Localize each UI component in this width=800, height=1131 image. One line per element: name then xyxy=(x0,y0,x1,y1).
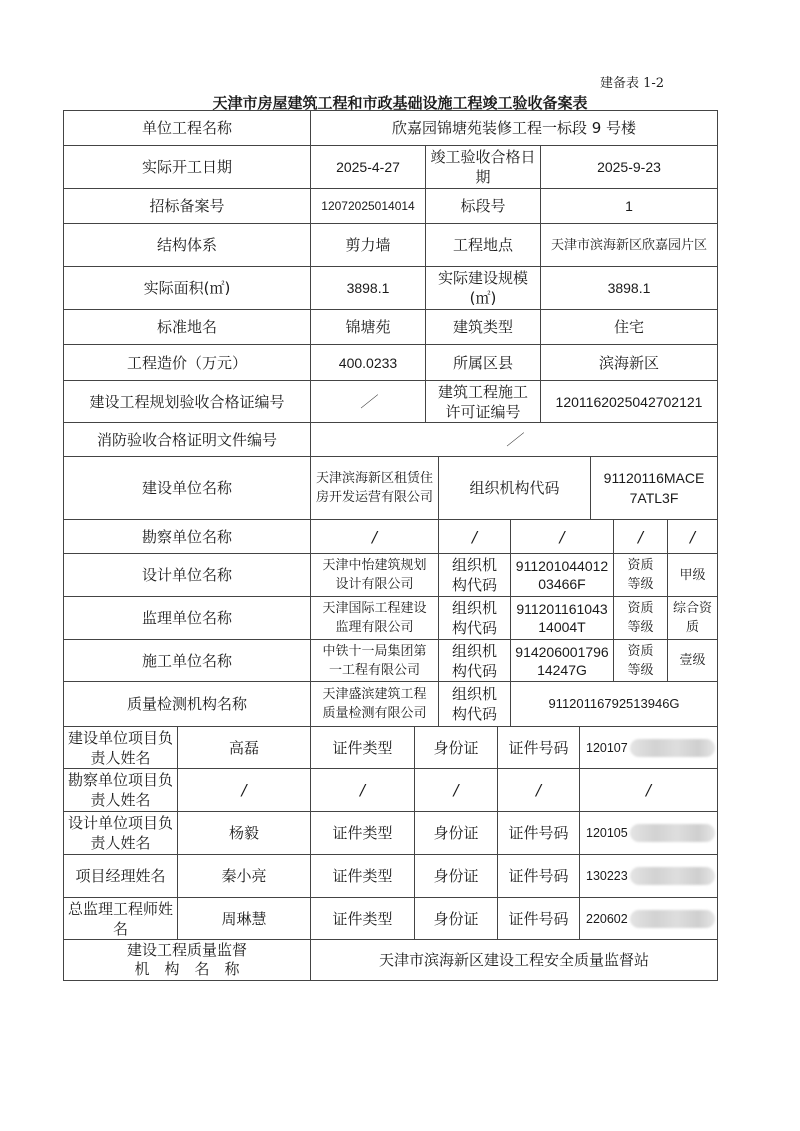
supervision-agency-label: 建设工程质量监督 机 构 名 称 xyxy=(63,939,311,981)
supervision-label: 监理单位名称 xyxy=(63,596,311,640)
survey-name: / xyxy=(310,519,439,554)
fire-cert-label: 消防验收合格证明文件编号 xyxy=(63,422,311,457)
location-value: 天津市滨海新区欣嘉园片区 xyxy=(540,223,718,267)
design-qualification: 甲级 xyxy=(667,553,718,597)
survey-qualification-label: / xyxy=(613,519,668,554)
construction-permit-value: 1201162025042702121 xyxy=(540,380,718,423)
person-role-label: 勘察单位项目负责人姓名 xyxy=(63,768,178,812)
planning-cert-label: 建设工程规划验收合格证编号 xyxy=(63,380,311,423)
supervision-qualification: 综合资质 xyxy=(667,596,718,640)
person-role-label: 项目经理姓名 xyxy=(63,854,178,898)
builder-org-code: 91120116MACE7ATL3F xyxy=(590,456,718,520)
design-label: 设计单位名称 xyxy=(63,553,311,597)
supervision-qualification-label: 资质等级 xyxy=(613,596,668,640)
actual-area-label: 实际面积(㎡) xyxy=(63,266,311,310)
id-type-label: 证件类型 xyxy=(310,726,415,769)
supervision-org-code-label: 组织机构代码 xyxy=(438,596,511,640)
supervision-agency-name: 天津市滨海新区建设工程安全质量监督站 xyxy=(310,939,718,981)
id-no-prefix: 130223 xyxy=(586,866,628,886)
id-type-label: 证件类型 xyxy=(310,811,415,855)
person-name: 高磊 xyxy=(177,726,311,769)
id-no-value: 220602 xyxy=(579,897,718,940)
structure-label: 结构体系 xyxy=(63,223,311,267)
builder-label: 建设单位名称 xyxy=(63,456,311,520)
redacted-blur xyxy=(630,824,715,842)
design-org-code-label: 组织机构代码 xyxy=(438,553,511,597)
design-qualification-label: 资质等级 xyxy=(613,553,668,597)
construction-permit-label: 建筑工程施工许可证编号 xyxy=(425,380,541,423)
redacted-blur xyxy=(630,739,715,757)
testing-label: 质量检测机构名称 xyxy=(63,681,311,727)
id-no-label: 证件号码 xyxy=(497,854,580,898)
standard-name-value: 锦塘苑 xyxy=(310,309,426,345)
structure-value: 剪力墙 xyxy=(310,223,426,267)
person-role-label: 总监理工程师姓名 xyxy=(63,897,178,940)
id-no-label: / xyxy=(497,768,580,812)
actual-scale-label: 实际建设规模(㎡) xyxy=(425,266,541,310)
planning-cert-value: ／ xyxy=(310,380,426,423)
building-type-label: 建筑类型 xyxy=(425,309,541,345)
cost-value: 400.0233 xyxy=(310,344,426,381)
tender-record-label: 招标备案号 xyxy=(63,188,311,224)
id-no-prefix: 120105 xyxy=(586,823,628,843)
person-name: 杨毅 xyxy=(177,811,311,855)
acceptance-date-value: 2025-9-23 xyxy=(540,145,718,189)
design-name: 天津中怡建筑规划设计有限公司 xyxy=(310,553,439,597)
unit-project-name-label: 单位工程名称 xyxy=(63,110,311,146)
actual-scale-value: 3898.1 xyxy=(540,266,718,310)
person-name: 周琳慧 xyxy=(177,897,311,940)
testing-org-code-label: 组织机构代码 xyxy=(438,681,511,727)
section-no-label: 标段号 xyxy=(425,188,541,224)
tender-record-value: 12072025014014 xyxy=(310,188,426,224)
id-no-value: 120107 xyxy=(579,726,718,769)
id-no-value: / xyxy=(579,768,718,812)
person-name: / xyxy=(177,768,311,812)
id-type-value: 身份证 xyxy=(414,726,498,769)
builder-name: 天津滨海新区租赁住房开发运营有限公司 xyxy=(310,456,439,520)
id-no-label: 证件号码 xyxy=(497,811,580,855)
id-no-value: 130223 xyxy=(579,854,718,898)
construction-qualification-label: 资质等级 xyxy=(613,639,668,682)
unit-project-name-value: 欣嘉园锦塘苑装修工程一标段 9 号楼 xyxy=(310,110,718,146)
person-role-label: 设计单位项目负责人姓名 xyxy=(63,811,178,855)
fire-cert-value: ／ xyxy=(310,422,718,457)
standard-name-label: 标准地名 xyxy=(63,309,311,345)
construction-name: 中铁十一局集团第一工程有限公司 xyxy=(310,639,439,682)
supervision-name: 天津国际工程建设监理有限公司 xyxy=(310,596,439,640)
person-name: 秦小亮 xyxy=(177,854,311,898)
testing-org-code: 91120116792513946G xyxy=(510,681,718,727)
district-value: 滨海新区 xyxy=(540,344,718,381)
id-type-label: / xyxy=(310,768,415,812)
cost-label: 工程造价（万元） xyxy=(63,344,311,381)
district-label: 所属区县 xyxy=(425,344,541,381)
id-no-prefix: 120107 xyxy=(586,738,628,758)
start-date-label: 实际开工日期 xyxy=(63,145,311,189)
start-date-value: 2025-4-27 xyxy=(310,145,426,189)
id-no-value: 120105 xyxy=(579,811,718,855)
id-no-label: 证件号码 xyxy=(497,897,580,940)
id-type-label: 证件类型 xyxy=(310,854,415,898)
id-type-value: / xyxy=(414,768,498,812)
id-type-value: 身份证 xyxy=(414,811,498,855)
id-type-value: 身份证 xyxy=(414,854,498,898)
construction-qualification: 壹级 xyxy=(667,639,718,682)
survey-org-code: / xyxy=(510,519,614,554)
form-number: 建备表 1-2 xyxy=(600,72,664,91)
actual-area-value: 3898.1 xyxy=(310,266,426,310)
survey-qualification: / xyxy=(667,519,718,554)
redacted-blur xyxy=(630,867,715,885)
id-no-label: 证件号码 xyxy=(497,726,580,769)
id-type-label: 证件类型 xyxy=(310,897,415,940)
construction-org-code-label: 组织机构代码 xyxy=(438,639,511,682)
builder-org-code-label: 组织机构代码 xyxy=(438,456,591,520)
building-type-value: 住宅 xyxy=(540,309,718,345)
supervision-org-code: 91120116104314004T xyxy=(510,596,614,640)
construction-org-code: 91420600179614247G xyxy=(510,639,614,682)
id-no-prefix: 220602 xyxy=(586,909,628,929)
construction-label: 施工单位名称 xyxy=(63,639,311,682)
id-type-value: 身份证 xyxy=(414,897,498,940)
testing-name: 天津盛滨建筑工程质量检测有限公司 xyxy=(310,681,439,727)
acceptance-date-label: 竣工验收合格日期 xyxy=(425,145,541,189)
survey-label: 勘察单位名称 xyxy=(63,519,311,554)
design-org-code: 91120104401203466F xyxy=(510,553,614,597)
location-label: 工程地点 xyxy=(425,223,541,267)
person-role-label: 建设单位项目负责人姓名 xyxy=(63,726,178,769)
survey-org-code-label: / xyxy=(438,519,511,554)
supervision-agency-label-line2: 机 构 名 称 xyxy=(134,960,239,979)
redacted-blur xyxy=(630,910,715,928)
supervision-agency-label-line1: 建设工程质量监督 xyxy=(127,941,247,960)
section-no-value: 1 xyxy=(540,188,718,224)
